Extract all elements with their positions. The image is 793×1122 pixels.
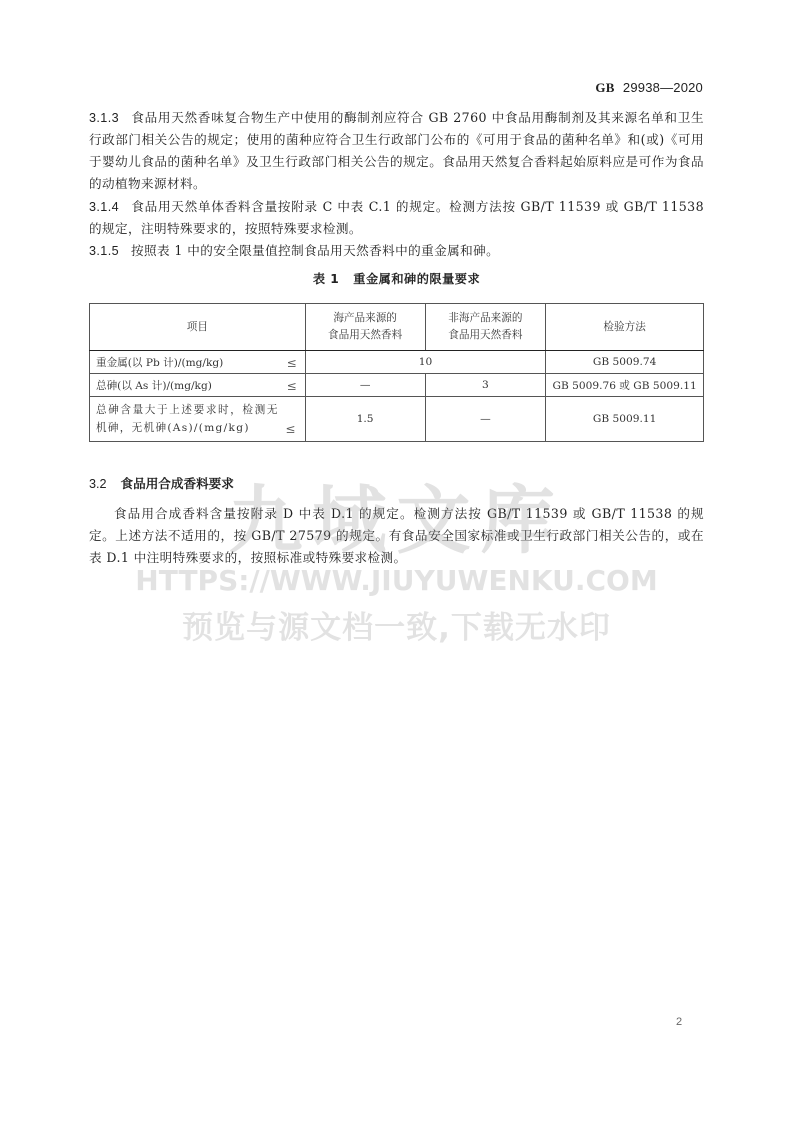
section-number: 3.2 [89,477,107,491]
section-heading: 3.2食品用合成香料要求 [89,473,234,492]
header-marine: 海产品来源的 食品用天然香料 [305,304,425,351]
row-marine-value: 1.5 [305,397,425,442]
table-title: 重金属和砷的限量要求 [353,272,480,286]
row-item-label: 总砷含量大于上述要求时，检测无机砷，无机砷(As)/(mg/kg) [96,404,279,434]
clause-3-1-5: 3.1.5按照表 1 中的安全限量值控制食品用天然香料中的重金属和砷。 [89,240,704,262]
header-item: 项目 [90,304,306,351]
row-method: GB 5009.11 [546,397,704,442]
row-item-label: 总砷(以 As 计)/(mg/kg) [96,380,212,392]
less-equal-symbol: ≤ [285,420,296,438]
clause-3-1-4: 3.1.4食品用天然单体香料含量按附录 C 中表 C.1 的规定。检测方法按 G… [89,196,704,240]
table-row: 总砷含量大于上述要求时，检测无机砷，无机砷(As)/(mg/kg) ≤ 1.5 … [90,397,704,442]
header-method: 检验方法 [546,304,704,351]
section-title: 食品用合成香料要求 [121,476,234,491]
table-caption: 表 1重金属和砷的限量要求 [0,270,793,287]
row-non-marine-value: 3 [425,374,546,397]
table-number: 表 1 [313,272,339,286]
watermark-notice: 预览与源文档一致,下载无水印 [0,602,793,647]
row-non-marine-value: — [425,397,546,442]
standard-number-header: GB 29938—2020 [595,80,703,96]
clause-text: 食品用天然单体香料含量按附录 C 中表 C.1 的规定。检测方法按 GB/T 1… [89,199,704,236]
row-item-label: 重金属(以 Pb 计)/(mg/kg) [96,357,223,369]
row-merged-value: 10 [305,351,546,374]
page-number: 2 [676,1016,682,1028]
standard-number: 29938—2020 [623,80,703,95]
clause-3-1-3: 3.1.3食品用天然香味复合物生产中使用的酶制剂应符合 GB 2760 中食品用… [89,107,704,195]
row-item: 总砷(以 As 计)/(mg/kg) ≤ [90,374,306,397]
less-equal-symbol: ≤ [287,379,297,393]
header-non-marine: 非海产品来源的 食品用天然香料 [425,304,546,351]
clause-number: 3.1.5 [89,244,119,258]
standard-prefix: GB [595,80,614,95]
table-row: 总砷(以 As 计)/(mg/kg) ≤ — 3 GB 5009.76 或 GB… [90,374,704,397]
table-row: 重金属(以 Pb 计)/(mg/kg) ≤ 10 GB 5009.74 [90,351,704,374]
heavy-metal-limits-table: 项目 海产品来源的 食品用天然香料 非海产品来源的 食品用天然香料 检验方法 重… [89,303,704,442]
clause-number: 3.1.3 [89,111,119,125]
less-equal-symbol: ≤ [287,356,297,370]
row-method: GB 5009.76 或 GB 5009.11 [546,374,704,397]
row-item: 重金属(以 Pb 计)/(mg/kg) ≤ [90,351,306,374]
row-item: 总砷含量大于上述要求时，检测无机砷，无机砷(As)/(mg/kg) ≤ [90,397,306,442]
clause-text: 食品用天然香味复合物生产中使用的酶制剂应符合 GB 2760 中食品用酶制剂及其… [89,110,704,191]
table-header-row: 项目 海产品来源的 食品用天然香料 非海产品来源的 食品用天然香料 检验方法 [90,304,704,351]
row-marine-value: — [305,374,425,397]
clause-text: 按照表 1 中的安全限量值控制食品用天然香料中的重金属和砷。 [131,243,499,258]
section-3-2-body: 食品用合成香料含量按附录 D 中表 D.1 的规定。检测方法按 GB/T 115… [89,503,704,569]
clause-number: 3.1.4 [89,200,119,214]
row-method: GB 5009.74 [546,351,704,374]
